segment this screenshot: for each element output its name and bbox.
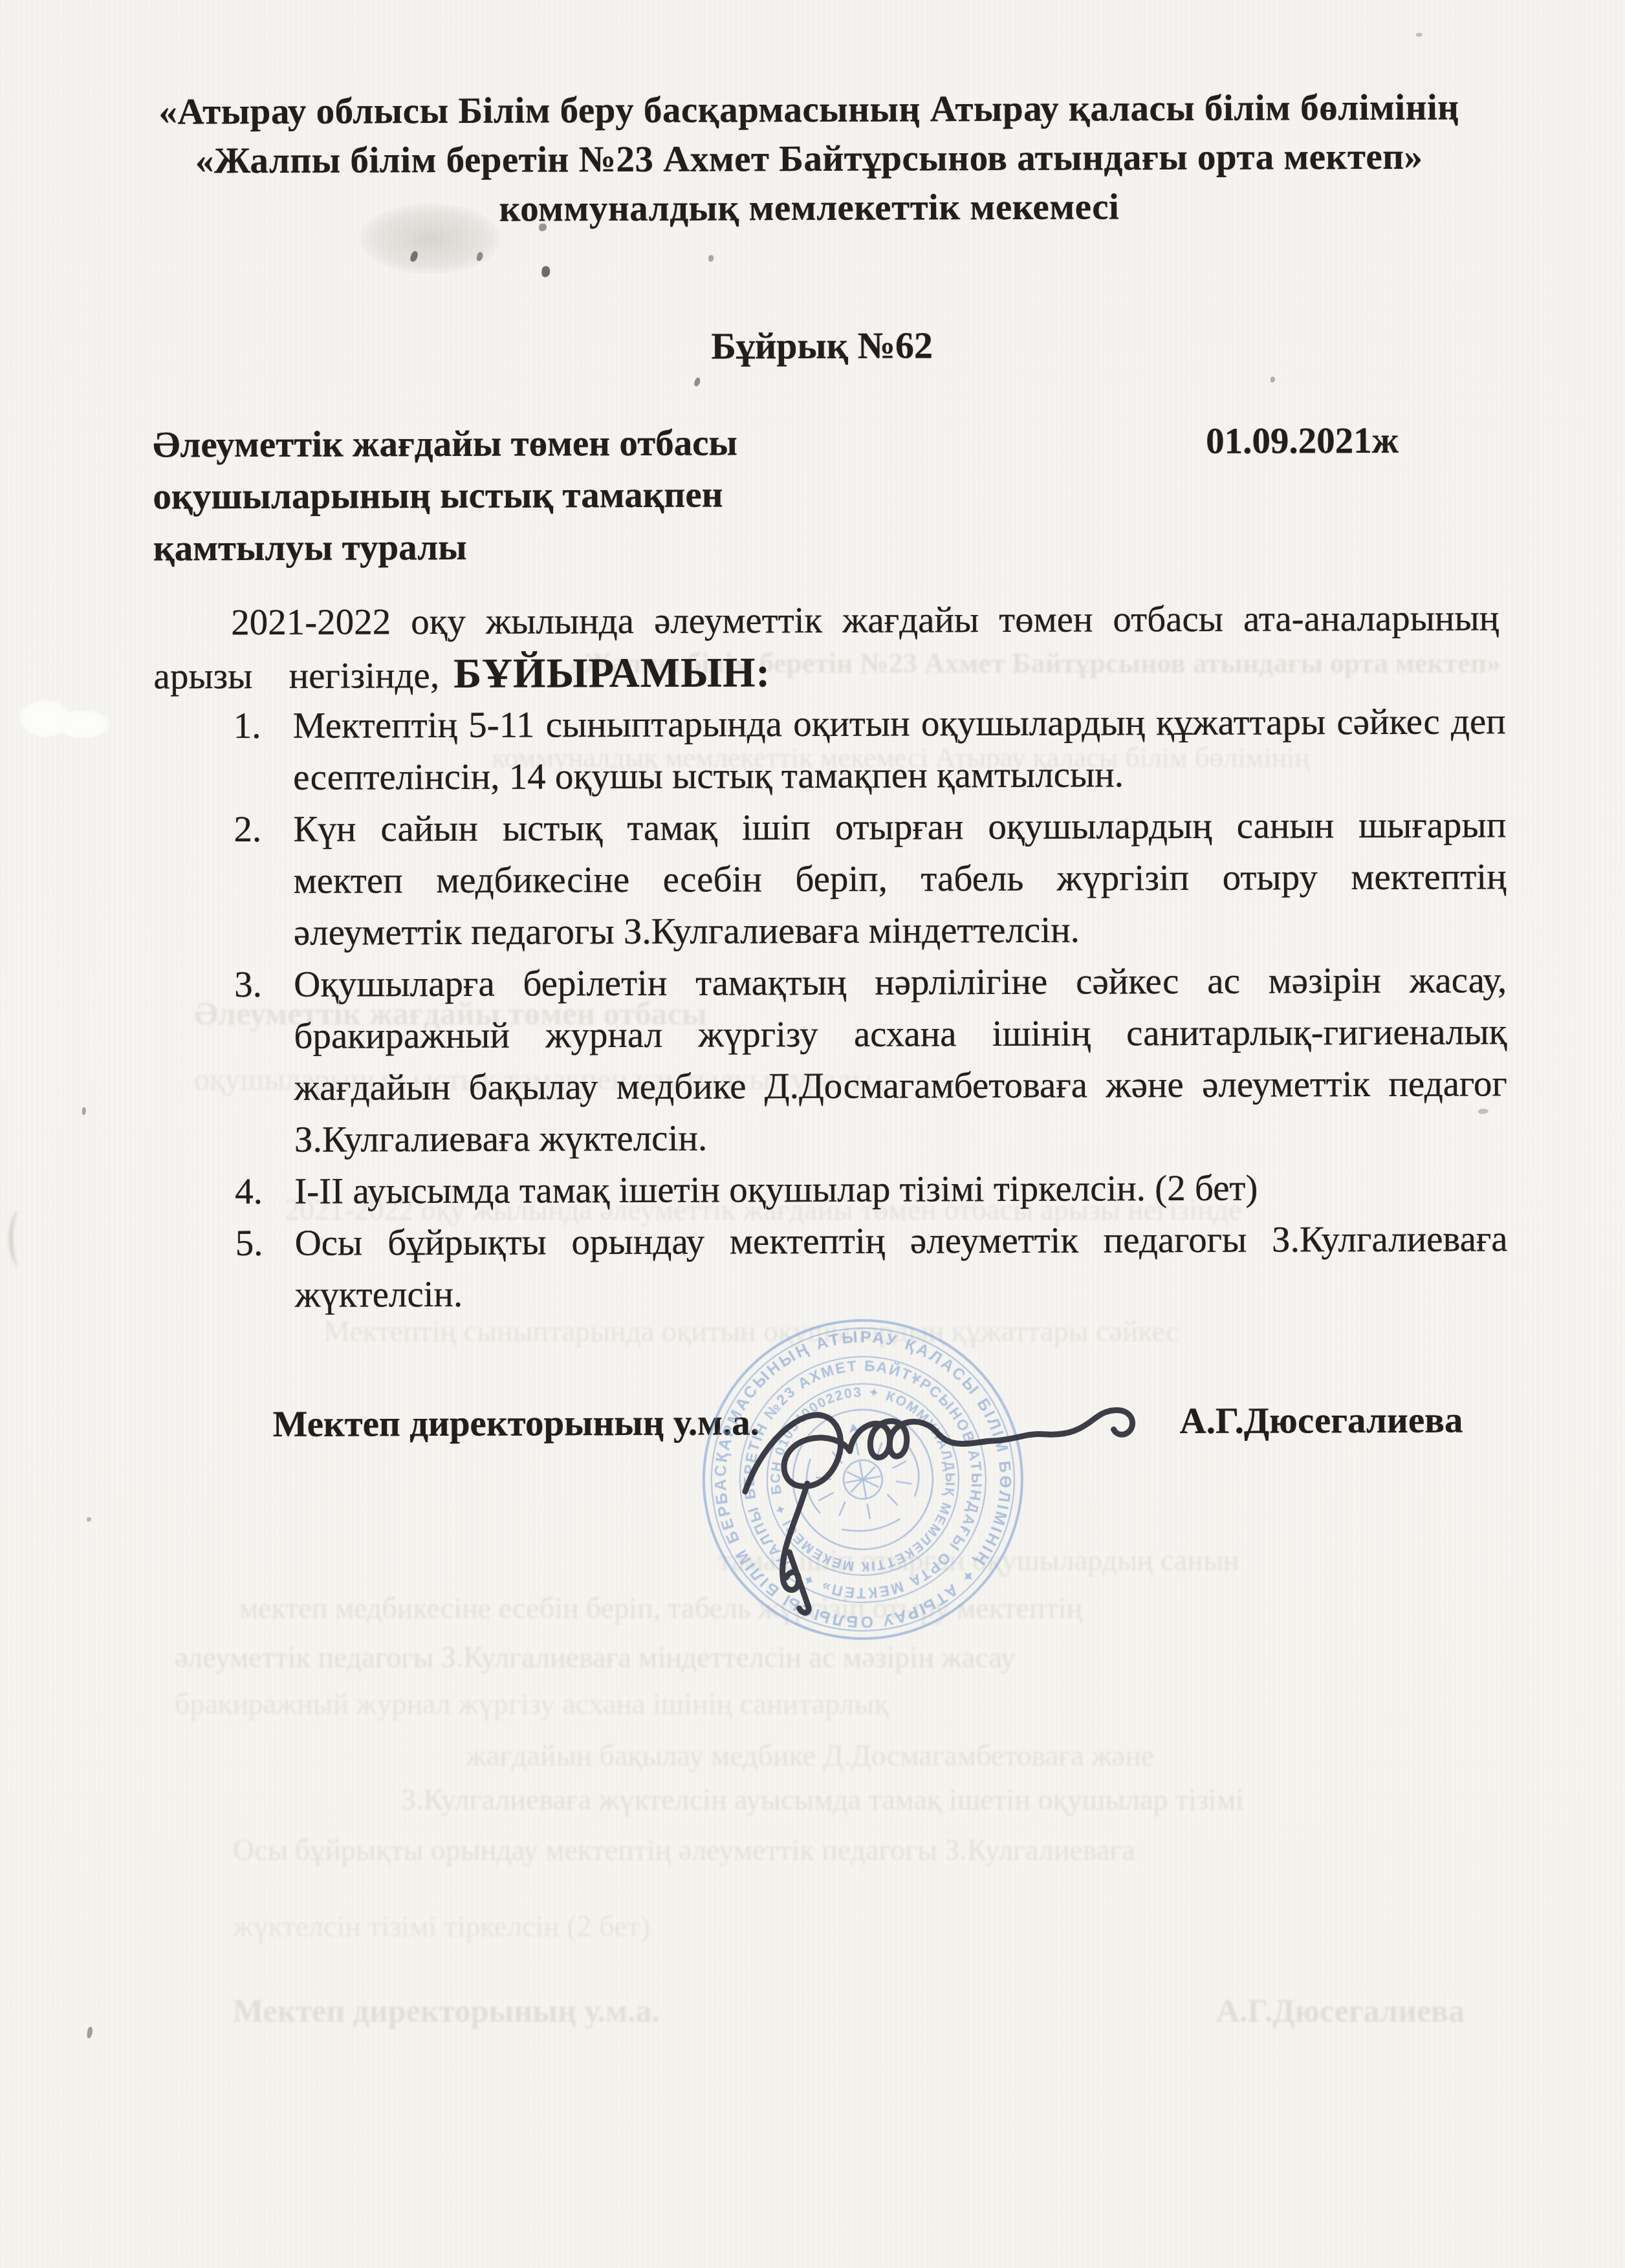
order-subject: Әлеуметтік жағдайы төмен отбасы оқушылар… bbox=[153, 417, 865, 575]
ink-speck bbox=[693, 377, 701, 387]
signature-stroke-tail bbox=[789, 1552, 809, 1613]
ink-speck bbox=[87, 2026, 93, 2038]
item-line: Мектептің 5-11 сыныптарында оқитын оқушы… bbox=[293, 696, 1506, 752]
item-line: жағдайын бақылау медбике Д.Досмагамбетов… bbox=[294, 1058, 1507, 1114]
intro-line-2-text: арызы негізінде, bbox=[153, 655, 439, 697]
paper-blemish bbox=[56, 710, 110, 739]
item-line: бракиражный журнал жүргізу асхана ішінің… bbox=[294, 1006, 1507, 1063]
order-item-1: 1. Мектептің 5-11 сыныптарында оқитын оқ… bbox=[293, 696, 1507, 804]
intro-line-1: 2021-2022 оқу жылында әлеуметтік жағдайы… bbox=[153, 592, 1499, 649]
item-number: 3. bbox=[234, 959, 262, 1011]
paper-blemish-curl bbox=[9, 1211, 35, 1266]
order-verb: БҰЙЫРАМЫН: bbox=[453, 649, 770, 697]
signature-stroke-main bbox=[745, 1410, 1132, 1492]
order-intro: 2021-2022 оқу жылында әлеуметтік жағдайы… bbox=[153, 592, 1500, 702]
order-items-list: 1. Мектептің 5-11 сыныптарында оқитын оқ… bbox=[293, 696, 1508, 1321]
order-date: 01.09.2021ж bbox=[1206, 415, 1399, 468]
item-line: Күн сайын ыстық тамақ ішіп отырған оқушы… bbox=[293, 799, 1506, 856]
letterhead: «Атырау облысы Білім беру басқармасының … bbox=[0, 83, 1618, 236]
item-line: Осы бұйрықты орындау мектептің әлеуметті… bbox=[294, 1213, 1507, 1269]
ink-speck bbox=[87, 1517, 91, 1522]
item-line: мектеп медбикесіне есебін беріп, табель … bbox=[293, 851, 1506, 907]
order-item-2: 2. Күн сайын ыстық тамақ ішіп отырған оқ… bbox=[293, 799, 1507, 959]
ink-speck bbox=[708, 255, 714, 262]
item-line: I-II ауысымда тамақ ішетін оқушылар тізі… bbox=[294, 1161, 1507, 1218]
item-number: 5. bbox=[235, 1218, 263, 1269]
pencil-smudge bbox=[359, 203, 501, 275]
intro-line-2: арызы негізінде,БҰЙЫРАМЫН: bbox=[153, 644, 1499, 702]
subject-line-3: қамтылуы туралы bbox=[153, 521, 865, 575]
item-number: 1. bbox=[234, 700, 261, 752]
order-item-5: 5. Осы бұйрықты орындау мектептің әлеуме… bbox=[294, 1213, 1508, 1321]
scanned-document-page: «Жалпы білім беретін №23 Ахмет Байтұрсын… bbox=[0, 0, 1625, 2268]
item-line: әлеуметтік педагогы З.Кулгалиеваға мінде… bbox=[294, 903, 1507, 959]
letterhead-line-1: «Атырау облысы Білім беру басқармасының … bbox=[0, 83, 1617, 138]
ink-speck bbox=[82, 1107, 86, 1115]
item-line: З.Кулгалиеваға жүктелсін. bbox=[294, 1110, 1507, 1166]
signature-name: А.Г.Дюсегалиева bbox=[1179, 1394, 1463, 1447]
item-number: 2. bbox=[234, 804, 261, 856]
letterhead-line-3: коммуналдық мемлекеттік мекемесі bbox=[1, 181, 1618, 236]
item-number: 4. bbox=[235, 1166, 263, 1218]
ink-speck bbox=[1271, 376, 1275, 382]
item-line: есептелінсін, 14 оқушы ыстық тамақпен қа… bbox=[293, 748, 1506, 804]
ink-speck bbox=[541, 266, 550, 277]
document-content: «Атырау облысы Білім беру басқармасының … bbox=[0, 0, 1625, 2268]
item-line: Оқушыларға берілетін тамақтың нәрлілігін… bbox=[294, 955, 1507, 1011]
ink-speck bbox=[1416, 33, 1423, 37]
subject-line-2: оқушыларының ыстық тамақпен bbox=[153, 469, 864, 523]
letterhead-line-2: «Жалпы білім беретін №23 Ахмет Байтұрсын… bbox=[1, 132, 1618, 187]
order-item-4: 4. I-II ауысымда тамақ ішетін оқушылар т… bbox=[294, 1161, 1507, 1218]
order-item-3: 3. Оқушыларға берілетін тамақтың нәрлілі… bbox=[294, 955, 1507, 1166]
order-title: Бұйрық №62 bbox=[10, 318, 1625, 375]
handwritten-signature bbox=[680, 1336, 1173, 1629]
subject-line-1: Әлеуметтік жағдайы төмен отбасы bbox=[153, 417, 864, 471]
